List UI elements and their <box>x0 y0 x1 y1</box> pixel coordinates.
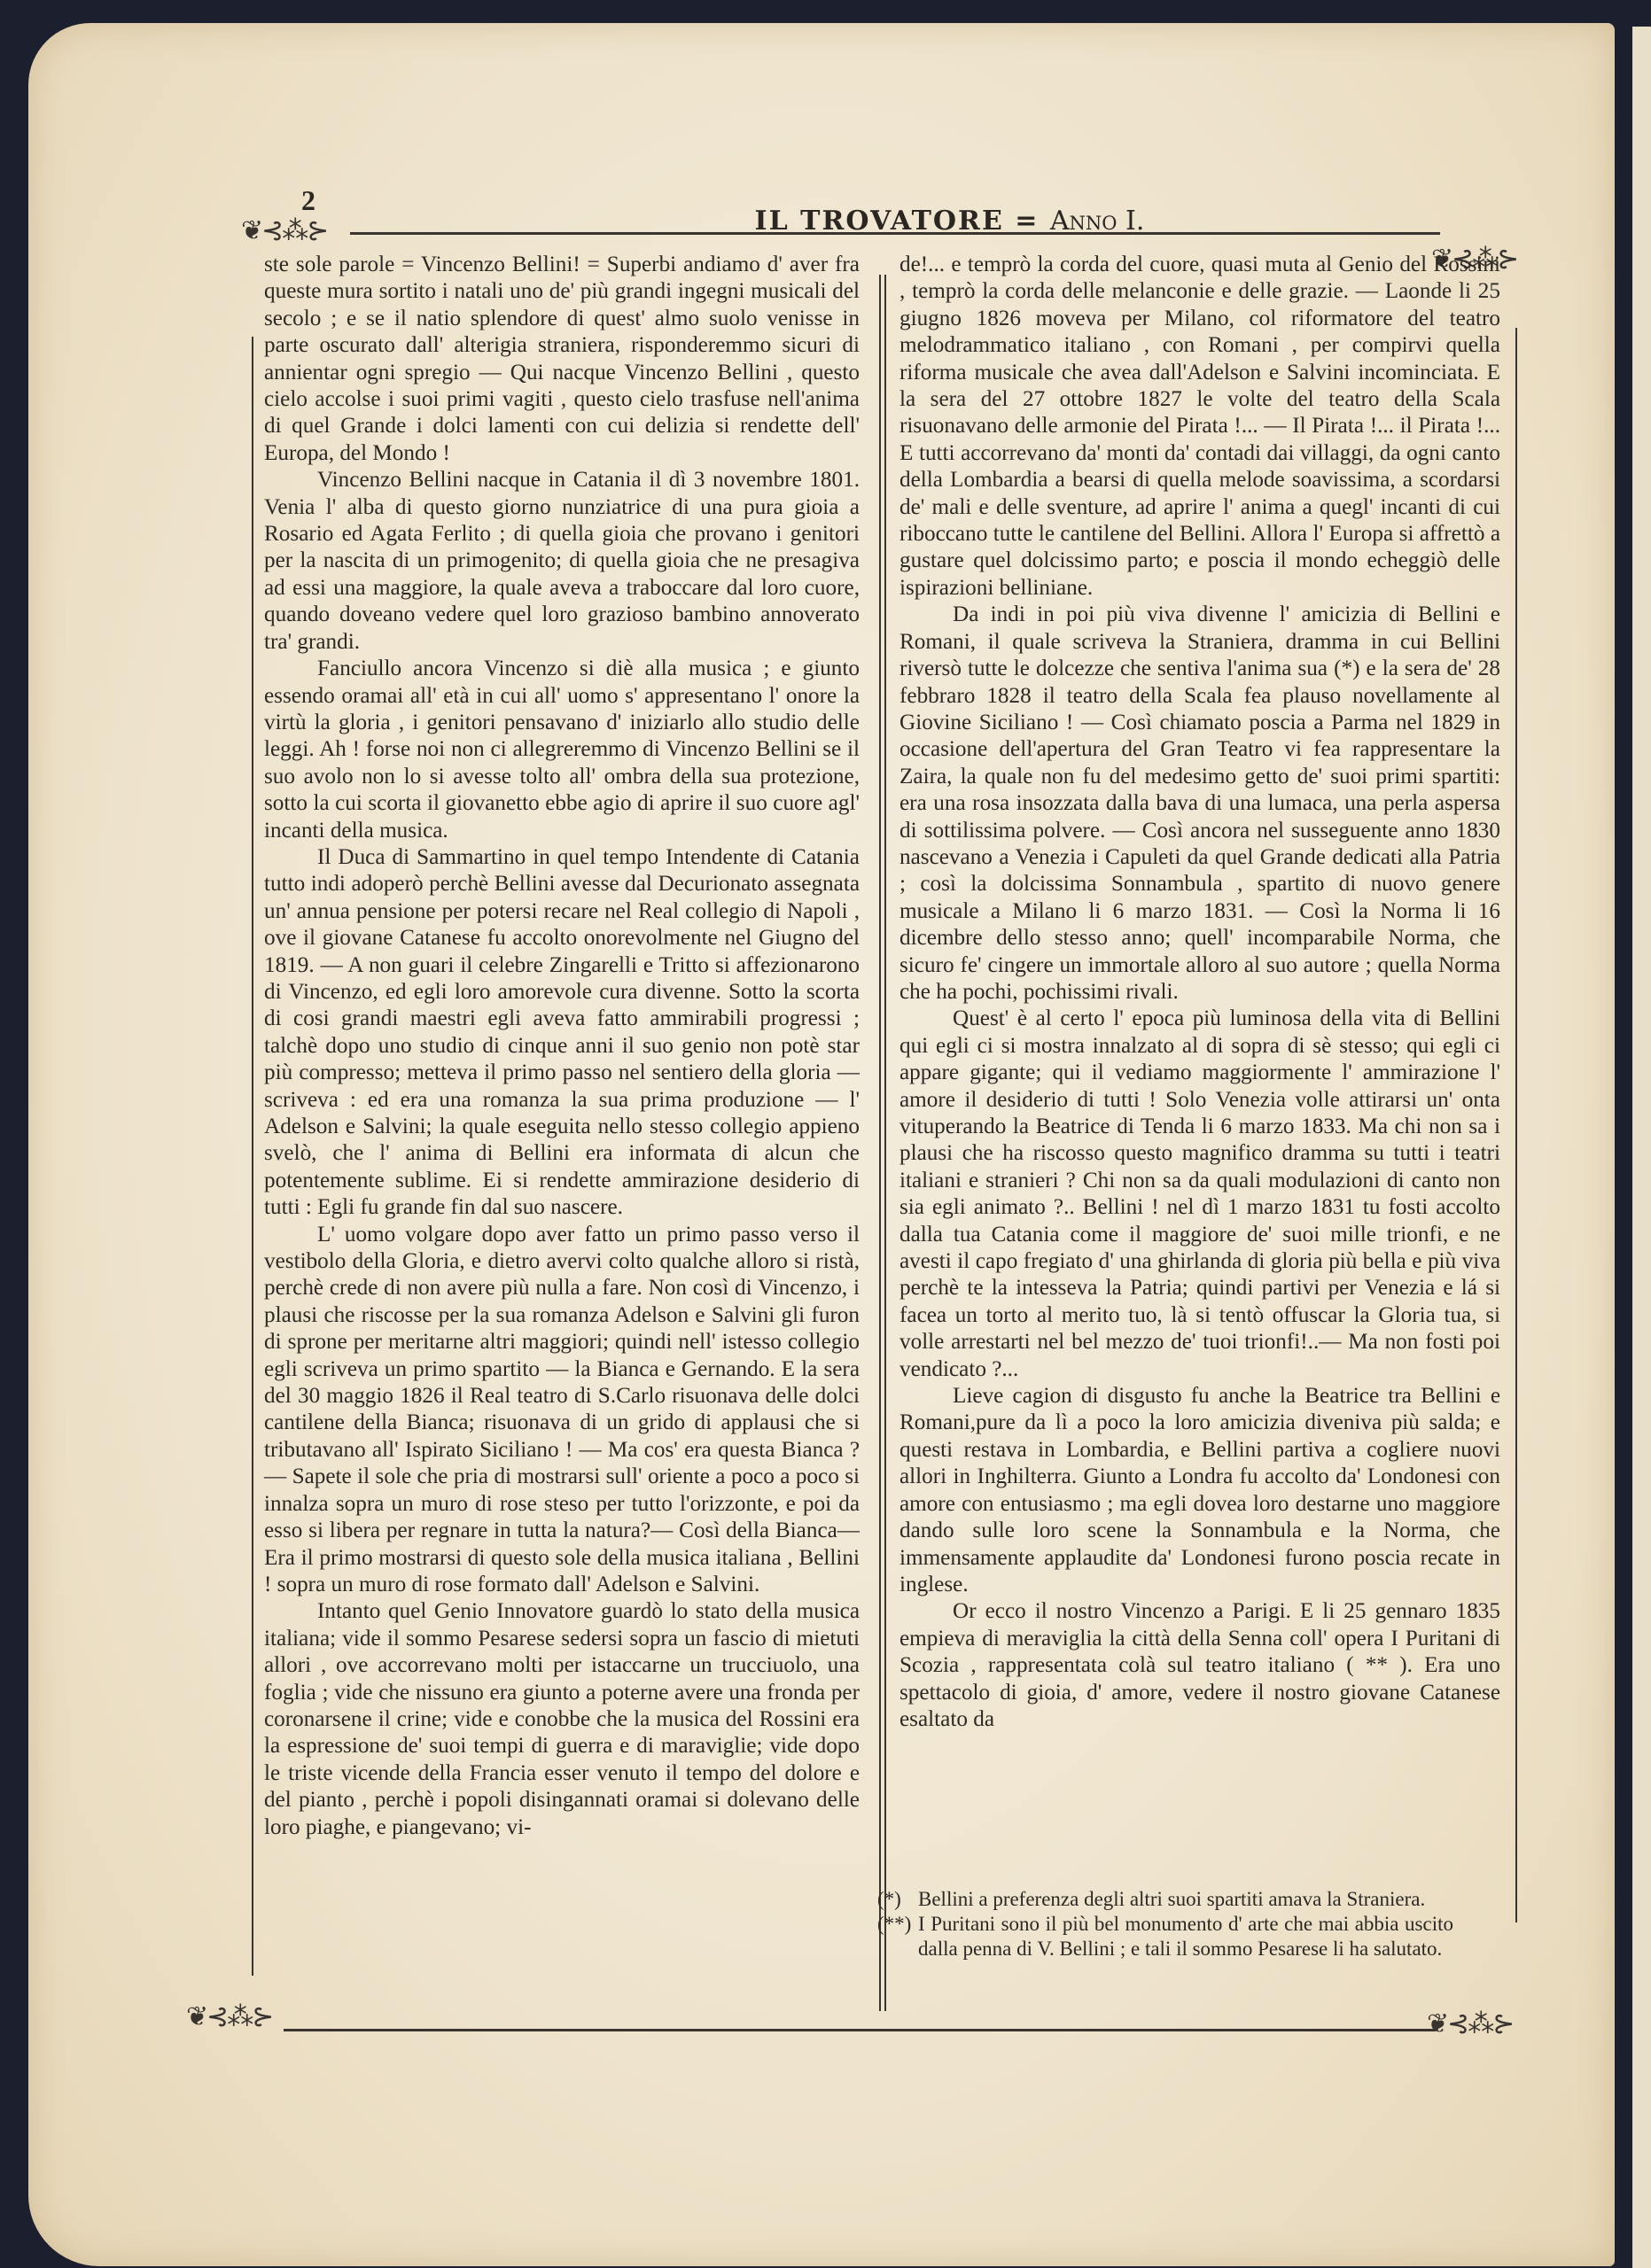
paragraph: Or ecco il nostro Vincenzo a Parigi. E l… <box>899 1598 1500 1733</box>
column-divider-rule-b <box>884 275 886 2011</box>
paragraph: Quest' è al certo l' epoca più luminosa … <box>899 1006 1500 1383</box>
footnote-text: Bellini a preferenza degli altri suoi sp… <box>918 1887 1453 1912</box>
paragraph: Lieve cagion di disgusto fu anche la Bea… <box>899 1383 1500 1598</box>
footnote-mark: (**) <box>877 1912 918 1961</box>
left-border-rule <box>252 337 253 1976</box>
right-border-rule <box>1515 328 1517 1922</box>
paragraph: de!... e temprò la corda del cuore, quas… <box>899 252 1500 602</box>
bottom-rule <box>284 2029 1436 2031</box>
footnote: (*) Bellini a preferenza degli altri suo… <box>877 1887 1453 1912</box>
corner-ornament-top-left-icon: ❦⊰⁂⊱ <box>241 218 327 245</box>
footnote: (**) I Puritani sono il più bel monument… <box>877 1912 1453 1961</box>
column-divider-rule-a <box>879 275 881 2011</box>
top-rule <box>350 232 1440 235</box>
article-column-right: de!... e temprò la corda del cuore, quas… <box>899 252 1500 1733</box>
paragraph: Il Duca di Sammartino in quel tempo Inte… <box>264 844 860 1222</box>
paragraph: Intanto quel Genio Innovatore guardò lo … <box>264 1598 860 1841</box>
article-column-left: ste sole parole = Vincenzo Bellini! = Su… <box>264 252 860 1841</box>
paragraph: Da indi in poi più viva divenne l' amici… <box>899 602 1500 1006</box>
paragraph: Vincenzo Bellini nacque in Catania il dì… <box>264 467 860 656</box>
footnotes: (*) Bellini a preferenza degli altri suo… <box>877 1887 1453 1961</box>
paragraph: L' uomo volgare dopo aver fatto un primo… <box>264 1222 860 1599</box>
footnote-text: I Puritani sono il più bel monumento d' … <box>918 1912 1453 1961</box>
corner-ornament-bottom-right-icon: ❦⊰⁂⊱ <box>1427 2011 1513 2038</box>
paragraph: Fanciullo ancora Vincenzo si diè alla mu… <box>264 656 860 844</box>
adjacent-page-edge <box>1632 27 1651 2268</box>
corner-ornament-bottom-left-icon: ❦⊰⁂⊱ <box>186 2004 272 2031</box>
footnote-mark: (*) <box>877 1887 918 1912</box>
paragraph: ste sole parole = Vincenzo Bellini! = Su… <box>264 252 860 467</box>
